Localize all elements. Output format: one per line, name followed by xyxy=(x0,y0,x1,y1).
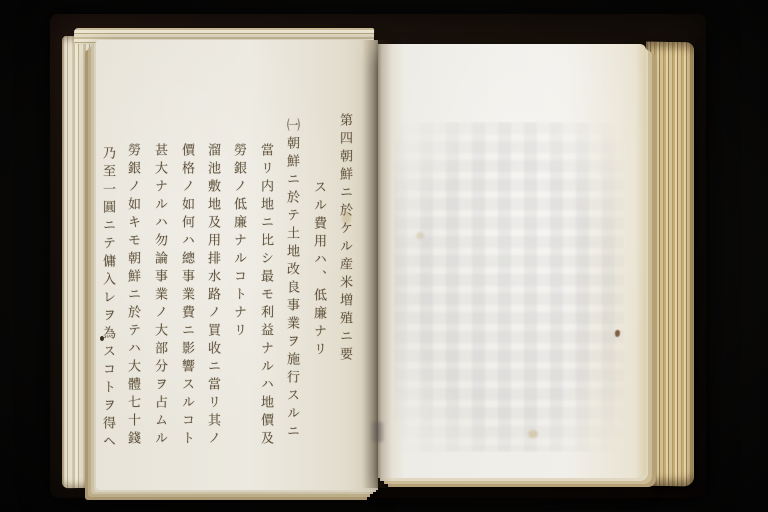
text-column-2: スル費用ハ、低廉ナリ xyxy=(312,180,325,360)
foxing-stain xyxy=(416,232,424,239)
foxing-stain xyxy=(528,430,538,438)
text-column-10: 乃至一圓ニテ傭入レヲ為スコトヲ得ヘ xyxy=(101,146,114,452)
page-edge-stack-right xyxy=(646,42,694,487)
foxing-stain xyxy=(342,212,351,224)
bleedthrough-text xyxy=(394,122,624,452)
text-column-7: 價格ノ如何ハ總事業費ニ影響スルコト xyxy=(180,143,193,449)
photo-of-open-book: 第四朝鮮ニ於ケル産米増殖ニ要 スル費用ハ、低廉ナリ ㈠朝鮮ニ於テ土地改良事業ヲ施… xyxy=(0,0,768,512)
left-page: 第四朝鮮ニ於ケル産米増殖ニ要 スル費用ハ、低廉ナリ ㈠朝鮮ニ於テ土地改良事業ヲ施… xyxy=(96,40,378,490)
right-page xyxy=(378,44,646,478)
page-edge-stack-left xyxy=(62,36,100,488)
faint-stamp-mark xyxy=(372,422,383,442)
edge-speck xyxy=(100,336,104,341)
text-column-6: 溜池敷地及用排水路ノ買收ニ當リ其ノ xyxy=(206,143,219,449)
text-column-1: 第四朝鮮ニ於ケル産米増殖ニ要 xyxy=(338,113,351,365)
text-column-9: 勞銀ノ如キモ朝鮮ニ於テハ大體七十錢 xyxy=(126,143,139,449)
text-column-8: 甚大ナルハ勿論事業ノ大部分ヲ占ムル xyxy=(153,143,166,449)
text-column-3: ㈠朝鮮ニ於テ土地改良事業ヲ施行スルニ xyxy=(285,118,298,442)
text-column-5: 勞銀ノ低廉ナルコトナリ xyxy=(232,143,245,341)
text-column-4: 當リ内地ニ比シ最モ利益ナルハ地價及 xyxy=(259,143,272,449)
